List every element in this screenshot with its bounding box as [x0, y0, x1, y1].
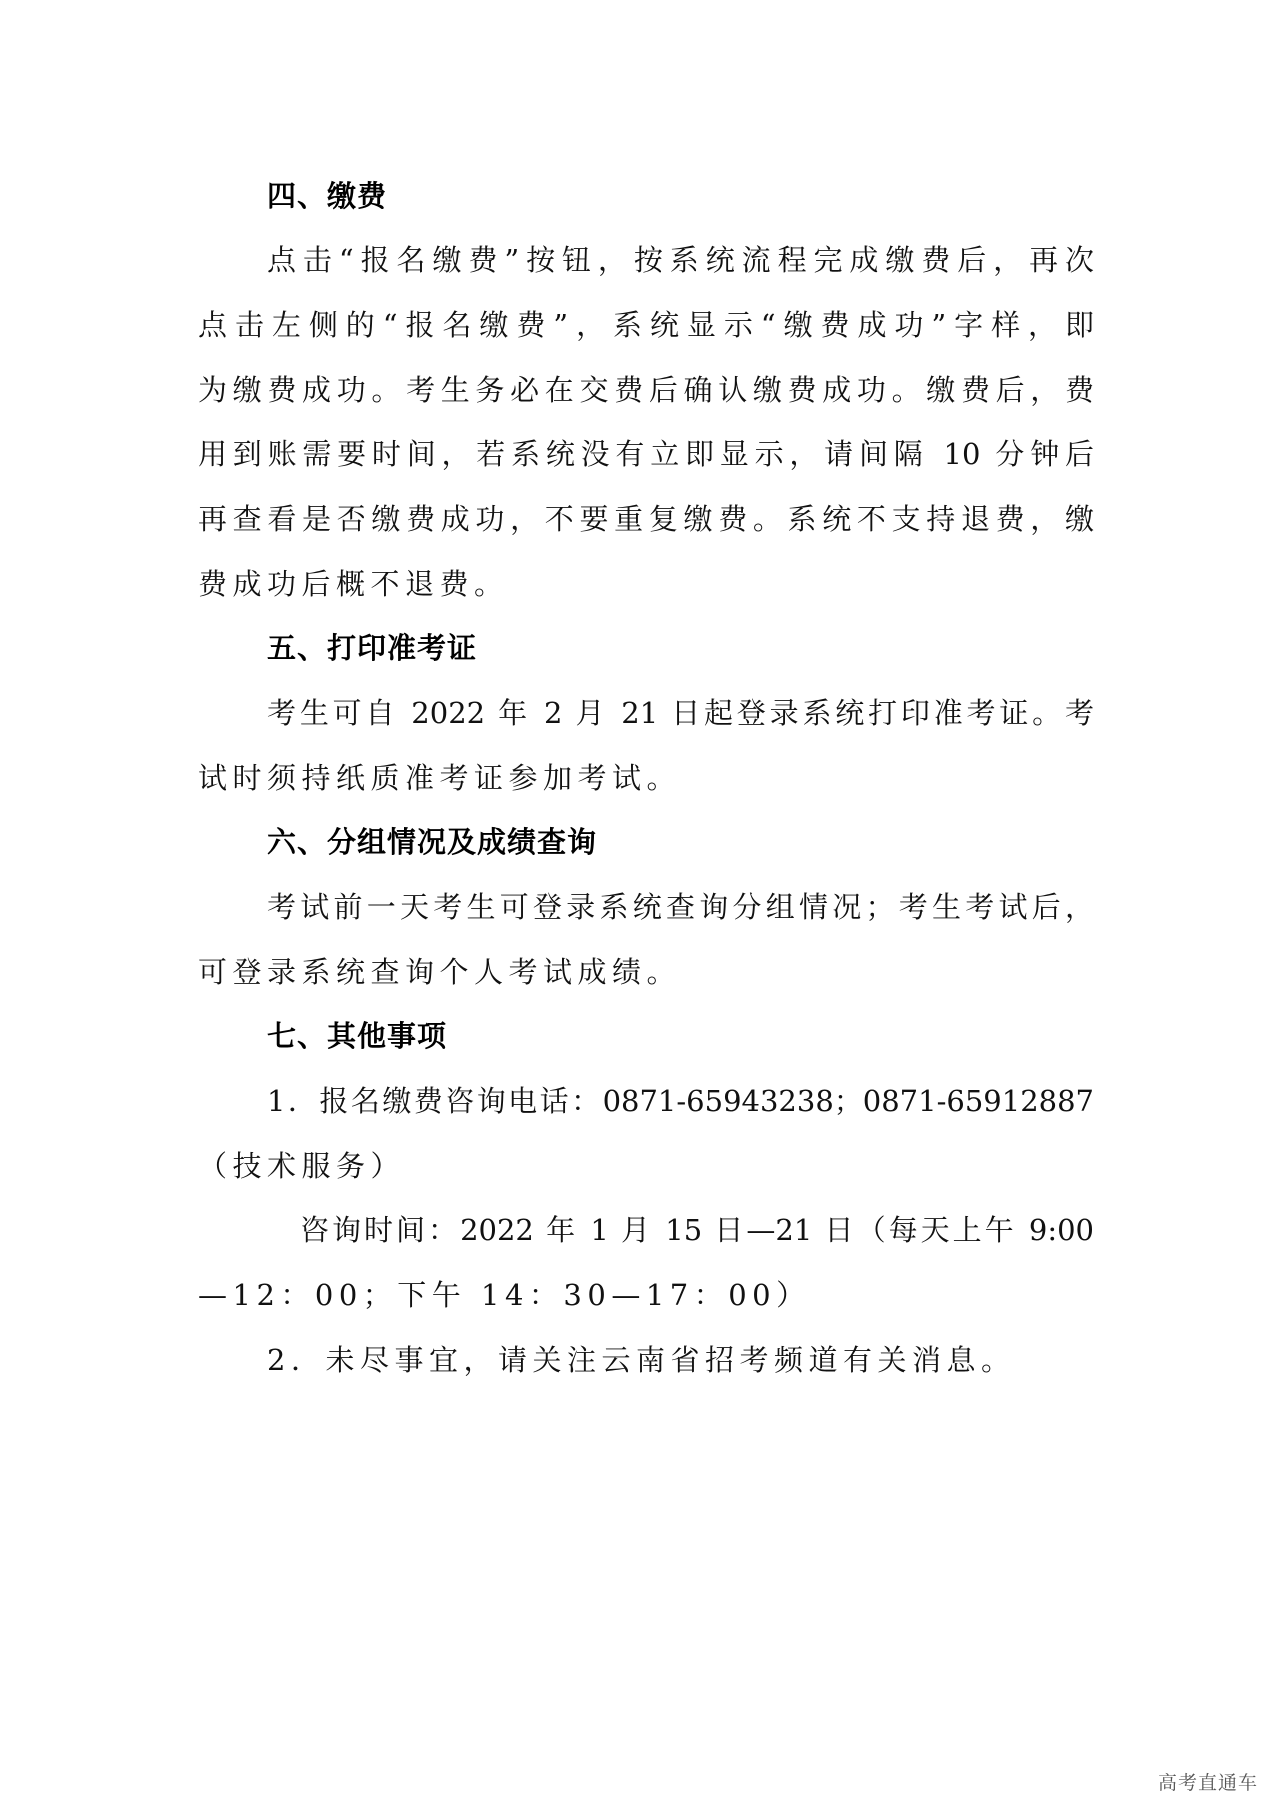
watermark: 高考直通车 — [1158, 1768, 1258, 1795]
paragraph-line: 试时须持纸质准考证参加考试。 — [198, 758, 1094, 798]
paragraph-line: —12：00；下午 14：30—17：00） — [198, 1275, 1094, 1315]
paragraph-line: 考试前一天考生可登录系统查询分组情况；考生考试后， — [267, 887, 1094, 927]
paragraph-line: 再查看是否缴费成功，不要重复缴费。系统不支持退费，缴 — [198, 499, 1094, 539]
paragraph-line: 用到账需要时间，若系统没有立即显示，请间隔 10 分钟后 — [198, 434, 1094, 474]
section-heading-admission-ticket: 五、打印准考证 — [267, 628, 1094, 668]
paragraph-line: 考生可自 2022 年 2 月 21 日起登录系统打印准考证。考 — [267, 693, 1094, 733]
paragraph-line: 为缴费成功。考生务必在交费后确认缴费成功。缴费后，费 — [198, 370, 1094, 410]
paragraph-line: 点击左侧的“报名缴费”，系统显示“缴费成功”字样，即 — [198, 305, 1094, 345]
paragraph-line: 费成功后概不退费。 — [198, 564, 1094, 604]
paragraph-line: 点击“报名缴费”按钮，按系统流程完成缴费后，再次 — [267, 240, 1094, 280]
section-heading-grouping-scores: 六、分组情况及成绩查询 — [267, 822, 1094, 862]
paragraph-line: 可登录系统查询个人考试成绩。 — [198, 952, 1094, 992]
paragraph-line: 2．未尽事宜，请关注云南省招考频道有关消息。 — [267, 1340, 1094, 1380]
section-heading-payment: 四、缴费 — [267, 176, 1094, 216]
contact-phone-line: 1．报名缴费咨询电话：0871-65943238；0871-65912887 — [267, 1081, 1094, 1121]
document-page: 四、缴费 点击“报名缴费”按钮，按系统流程完成缴费后，再次 点击左侧的“报名缴费… — [0, 0, 1280, 1810]
paragraph-line: （技术服务） — [198, 1146, 1094, 1186]
section-heading-other-matters: 七、其他事项 — [267, 1016, 1094, 1056]
consult-time-line: 咨询时间：2022 年 1 月 15 日—21 日（每天上午 9:00 — [300, 1210, 1094, 1250]
